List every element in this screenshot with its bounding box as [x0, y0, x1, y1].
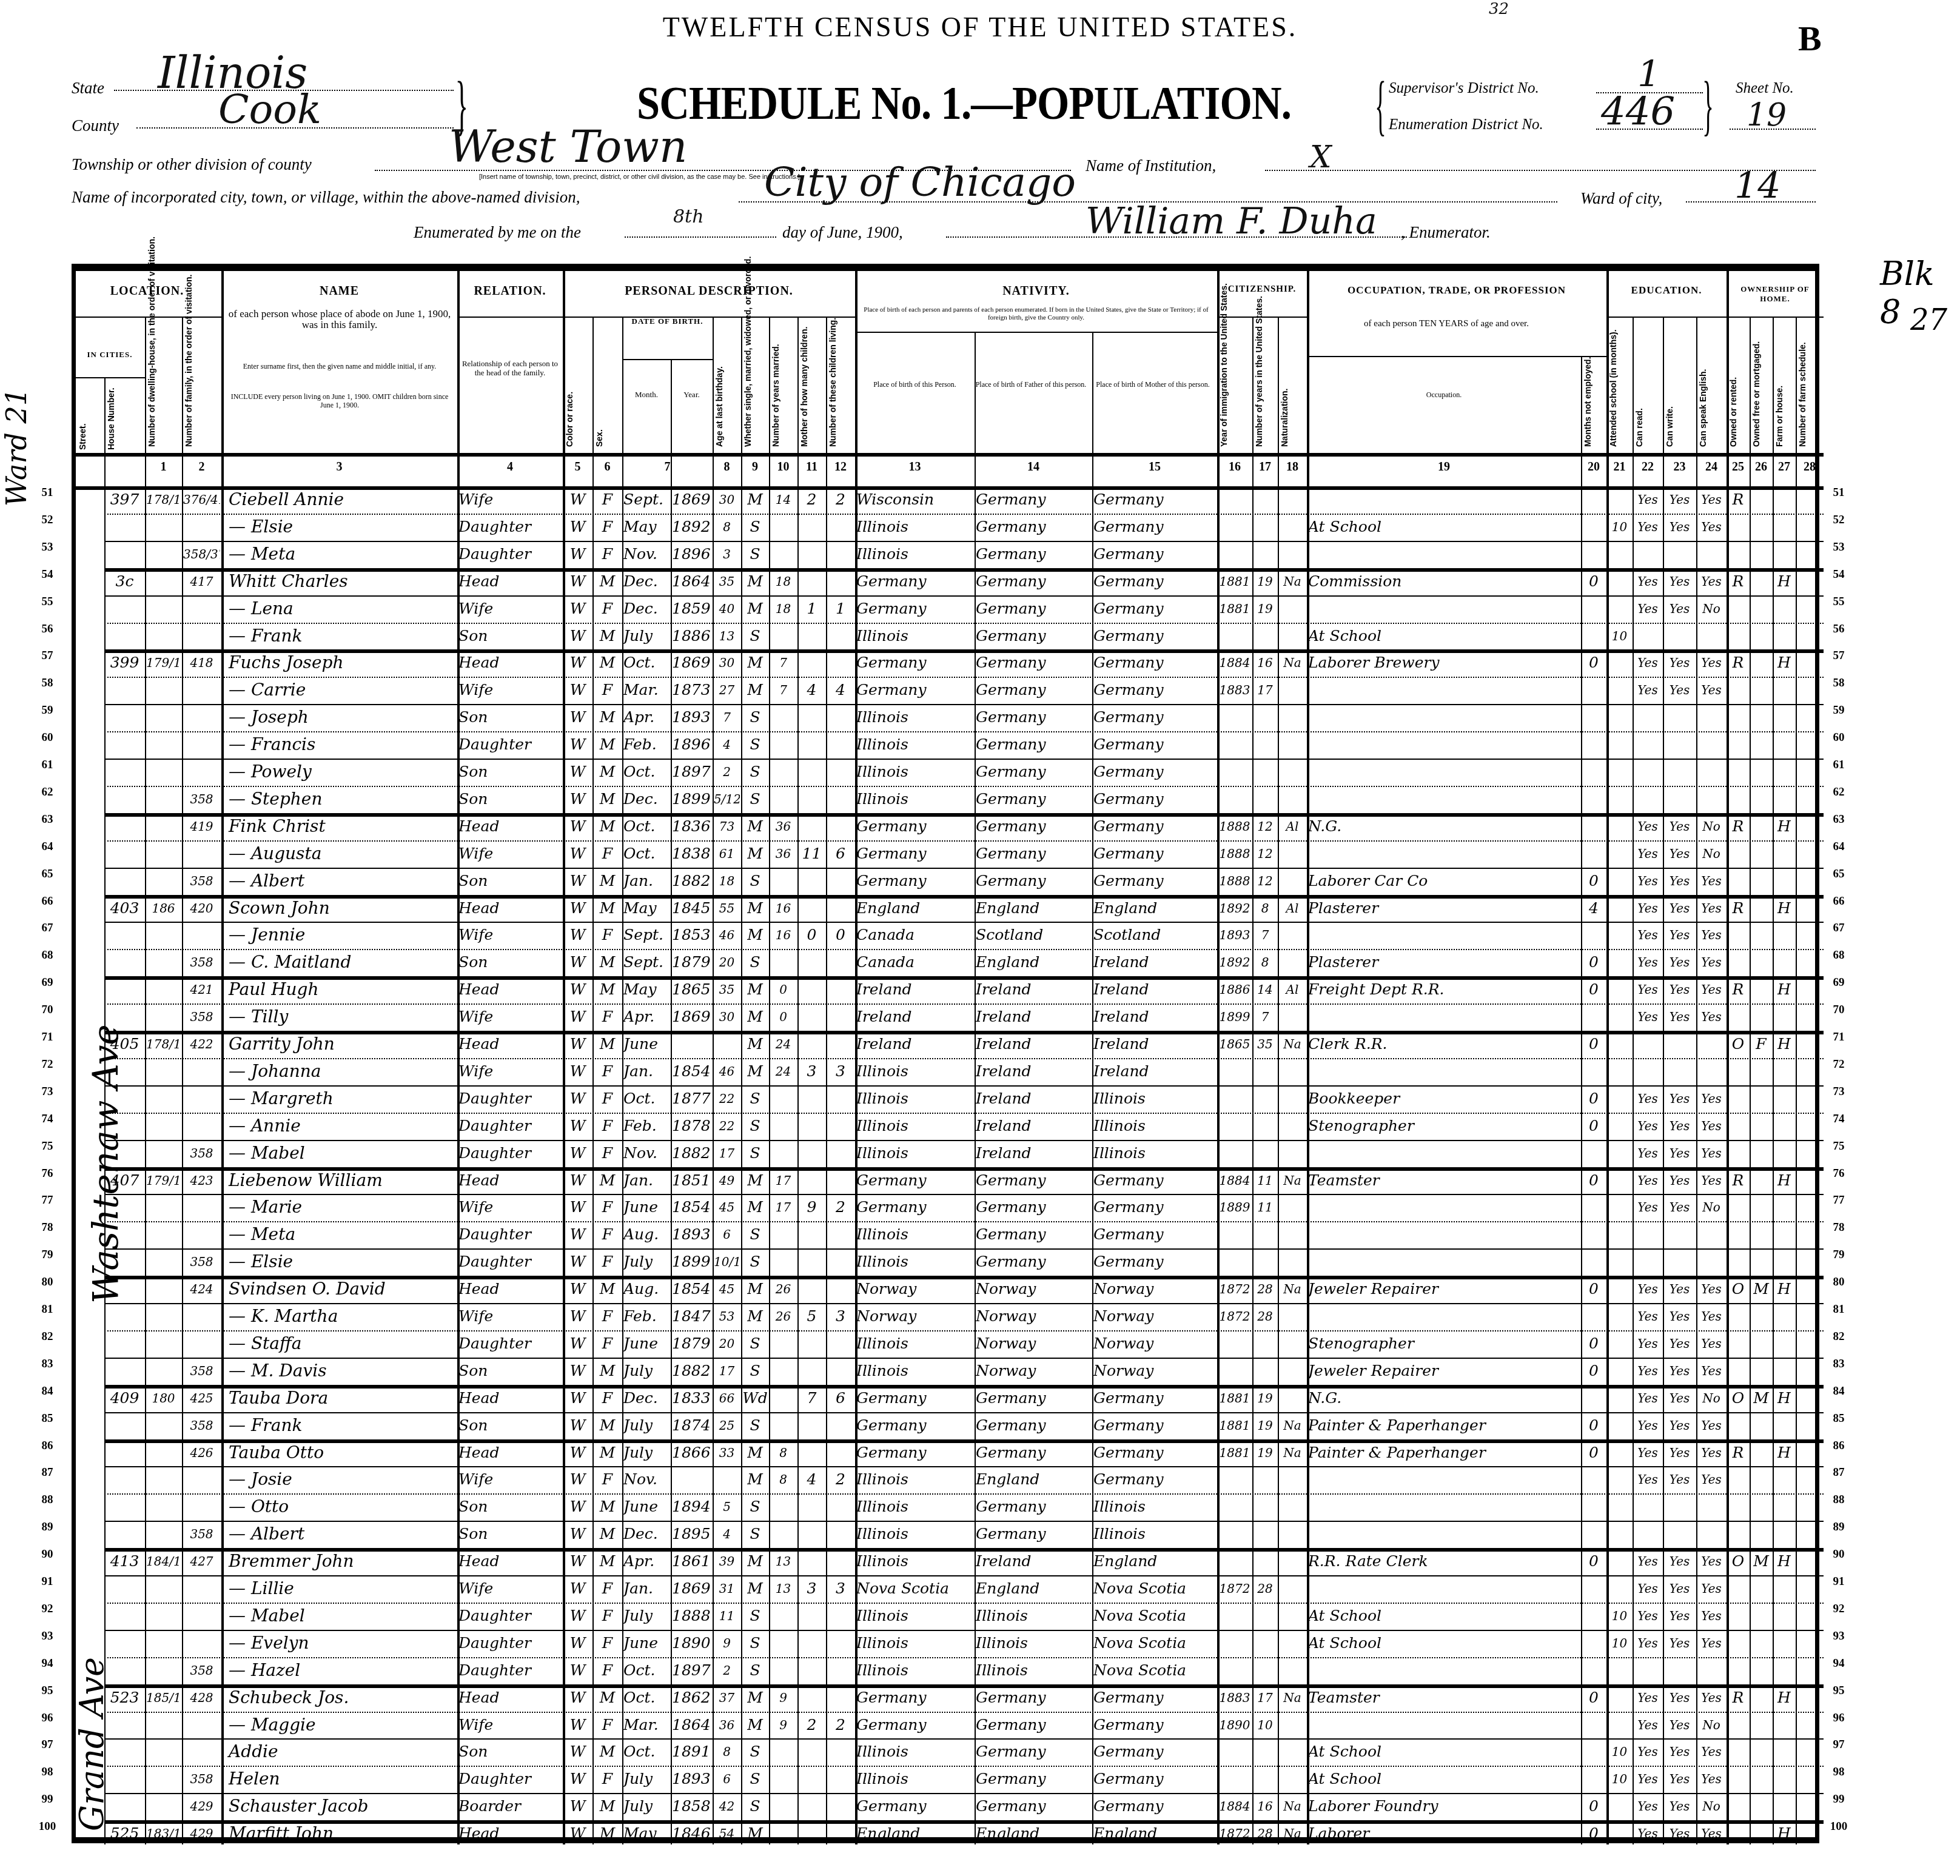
- label-house: House Number.: [107, 383, 143, 450]
- row-rule: [1606, 317, 1824, 318]
- cell-farm: [1774, 731, 1794, 759]
- cell-color: W: [564, 731, 591, 759]
- cell-color: W: [564, 1276, 591, 1303]
- cell-speak: Yes: [1697, 976, 1725, 1003]
- cell-relation: Head: [458, 1385, 562, 1412]
- cell-nat: Na: [1279, 568, 1306, 595]
- cell-speak: Yes: [1697, 1303, 1725, 1330]
- cell-year: 1896: [672, 731, 711, 759]
- cell-nat: Na: [1279, 1793, 1306, 1820]
- cell-relation: Son: [458, 623, 562, 650]
- label-family: Number of family, in the order of visita…: [184, 326, 219, 447]
- enumerated-day-underline: [625, 236, 776, 238]
- cell-school: [1608, 677, 1631, 704]
- cell-relation: Daughter: [458, 1603, 562, 1630]
- cell-father: Germany: [976, 568, 1091, 595]
- cell-living: [827, 1276, 854, 1303]
- cell-nat: [1279, 1521, 1306, 1548]
- cell-yrs-us: [1254, 1493, 1277, 1521]
- cell-free: [1751, 895, 1771, 922]
- cell-school: [1608, 568, 1631, 595]
- cell-name: Marfitt John: [223, 1820, 462, 1848]
- cell-birth: Illinois: [856, 1466, 973, 1493]
- cell-house: 409: [106, 1385, 144, 1412]
- cell-name: — Francis: [223, 731, 462, 759]
- cell-marital: S: [742, 1412, 768, 1439]
- cell-occ: [1308, 759, 1580, 786]
- cell-year: 1897: [672, 759, 711, 786]
- population-schedule-table: LOCATION. IN CITIES. NAME of each person…: [72, 264, 1819, 1843]
- cell-school: [1608, 1003, 1631, 1031]
- cell-nat: Al: [1279, 813, 1306, 840]
- cell-imm: 1892: [1218, 895, 1251, 922]
- cell-yrs-married: 7: [770, 677, 796, 704]
- cell-father: Germany: [976, 759, 1091, 786]
- cell-yrs-us: 14: [1254, 976, 1277, 1003]
- cell-write: Yes: [1664, 1412, 1695, 1439]
- cell-imm: 1883: [1218, 677, 1251, 704]
- cell-occ: [1308, 1466, 1580, 1493]
- cell-marital: M: [742, 1031, 768, 1058]
- cell-yrs-married: [770, 1493, 796, 1521]
- cell-color: W: [564, 976, 591, 1003]
- cell-house: [106, 731, 144, 759]
- cell-owned: [1728, 1085, 1748, 1113]
- cell-owned: [1728, 1358, 1748, 1385]
- cell-month: Oct.: [623, 813, 670, 840]
- cell-occ: At School: [1308, 1630, 1580, 1657]
- cell-living: [827, 1766, 854, 1793]
- cell-read: Yes: [1634, 976, 1662, 1003]
- cell-father: Germany: [976, 1412, 1091, 1439]
- cell-unemp: [1582, 1248, 1605, 1276]
- cell-write: [1664, 1221, 1695, 1248]
- cell-birth: Germany: [856, 595, 973, 623]
- cell-mother: Germany: [1093, 1221, 1216, 1248]
- cell-imm: [1218, 704, 1251, 731]
- cell-school: [1608, 1194, 1631, 1221]
- cell-birth: Canada: [856, 922, 973, 949]
- cell-free: [1751, 595, 1771, 623]
- cell-birth: Germany: [856, 813, 973, 840]
- cell-unemp: [1582, 486, 1605, 514]
- cell-living: [827, 731, 854, 759]
- cell-father: Germany: [976, 1439, 1091, 1467]
- cell-mother-of: [799, 1248, 825, 1276]
- cell-farm: H: [1774, 976, 1794, 1003]
- cell-yrs-married: [770, 541, 796, 568]
- cell-father: Ireland: [976, 1113, 1091, 1140]
- cell-family: [183, 1221, 220, 1248]
- cell-dwelling: [146, 1793, 181, 1820]
- cell-sex: F: [594, 541, 621, 568]
- cell-nat: [1279, 595, 1306, 623]
- cell-school: [1608, 1276, 1631, 1303]
- column-number-19: 19: [1307, 460, 1581, 474]
- cell-speak: No: [1697, 1712, 1725, 1739]
- cell-free: [1751, 1221, 1771, 1248]
- cell-family: [183, 1085, 220, 1113]
- cell-birth: Illinois: [856, 1657, 973, 1684]
- cell-free: [1751, 1330, 1771, 1358]
- cell-farm: [1774, 1113, 1794, 1140]
- cell-school: [1608, 595, 1631, 623]
- cell-birth: Illinois: [856, 704, 973, 731]
- cell-father: England: [976, 895, 1091, 922]
- cell-free: [1751, 1820, 1771, 1848]
- cell-living: [827, 1521, 854, 1548]
- cell-yrs-married: [770, 1113, 796, 1140]
- cell-dwelling: 180: [146, 1385, 181, 1412]
- cell-free: [1751, 1466, 1771, 1493]
- column-number-28: 28: [1796, 460, 1824, 474]
- line-number-left: 53: [35, 541, 59, 554]
- cell-house: [106, 1303, 144, 1330]
- cell-owned: O: [1728, 1385, 1748, 1412]
- cell-free: [1751, 731, 1771, 759]
- cell-mother: Ireland: [1093, 1058, 1216, 1085]
- line-number-left: 91: [35, 1575, 59, 1589]
- cell-age: 10/12: [714, 1248, 740, 1276]
- cell-name: — Staffa: [223, 1330, 462, 1358]
- cell-speak: Yes: [1697, 1412, 1725, 1439]
- label-marital: Whether single, married, widowed, or div…: [743, 326, 767, 447]
- cell-speak: [1697, 541, 1725, 568]
- cell-yrs-us: [1254, 514, 1277, 541]
- cell-nat: [1279, 1630, 1306, 1657]
- line-number-left: 75: [35, 1140, 59, 1153]
- cell-imm: [1218, 1140, 1251, 1167]
- cell-living: 3: [827, 1303, 854, 1330]
- cell-occ: [1308, 677, 1580, 704]
- cell-house: [106, 1194, 144, 1221]
- cell-color: W: [564, 949, 591, 976]
- cell-month: July: [623, 1793, 670, 1820]
- cell-year: 1882: [672, 1140, 711, 1167]
- cell-school: [1608, 1330, 1631, 1358]
- cell-write: Yes: [1664, 595, 1695, 623]
- cell-imm: [1218, 1603, 1251, 1630]
- county-label: County: [72, 116, 119, 135]
- cell-nat: [1279, 704, 1306, 731]
- cell-farm: H: [1774, 895, 1794, 922]
- cell-yrs-us: 28: [1254, 1820, 1277, 1848]
- cell-speak: [1697, 1031, 1725, 1058]
- cell-month: July: [623, 1358, 670, 1385]
- cell-birth: Norway: [856, 1276, 973, 1303]
- cell-marital: S: [742, 1221, 768, 1248]
- cell-year: 1846: [672, 1820, 711, 1848]
- cell-farm: [1774, 1630, 1794, 1657]
- cell-living: [827, 1140, 854, 1167]
- cell-unemp: 0: [1582, 1439, 1605, 1467]
- cell-yrs-married: [770, 1412, 796, 1439]
- cell-living: 2: [827, 1712, 854, 1739]
- cell-month: Jan.: [623, 1575, 670, 1603]
- header-in-cities: IN CITIES.: [76, 350, 144, 360]
- cell-relation: Head: [458, 1031, 562, 1058]
- cell-speak: Yes: [1697, 1085, 1725, 1113]
- cell-mother: Germany: [1093, 1385, 1216, 1412]
- cell-house: [106, 1221, 144, 1248]
- cell-imm: [1218, 1493, 1251, 1521]
- cell-mother: Nova Scotia: [1093, 1575, 1216, 1603]
- cell-month: Feb.: [623, 1303, 670, 1330]
- cell-mother: Germany: [1093, 813, 1216, 840]
- cell-color: W: [564, 649, 591, 677]
- cell-mother-of: [799, 1793, 825, 1820]
- institution-label: Name of Institution,: [1086, 156, 1216, 175]
- cell-father: Germany: [976, 514, 1091, 541]
- line-number-left: 56: [35, 623, 59, 636]
- cell-yrs-married: 18: [770, 595, 796, 623]
- cell-nat: Na: [1279, 1276, 1306, 1303]
- cell-write: Yes: [1664, 1630, 1695, 1657]
- cell-year: 1854: [672, 1276, 711, 1303]
- cell-unemp: [1582, 1140, 1605, 1167]
- cell-write: [1664, 1058, 1695, 1085]
- cell-farm: [1774, 1793, 1794, 1820]
- cell-name: — Meta: [223, 1221, 462, 1248]
- cell-color: W: [564, 1058, 591, 1085]
- cell-age: 31: [714, 1575, 740, 1603]
- cell-free: [1751, 949, 1771, 976]
- cell-free: [1751, 541, 1771, 568]
- cell-farm: [1774, 1358, 1794, 1385]
- cell-mother: Nova Scotia: [1093, 1630, 1216, 1657]
- cell-name: Schubeck Jos.: [223, 1684, 462, 1712]
- cell-free: [1751, 1412, 1771, 1439]
- cell-imm: [1218, 1058, 1251, 1085]
- cell-year: 1838: [672, 840, 711, 868]
- cell-marital: M: [742, 1684, 768, 1712]
- cell-year: 1893: [672, 1221, 711, 1248]
- cell-write: Yes: [1664, 1085, 1695, 1113]
- cell-name: — Albert: [223, 1521, 462, 1548]
- line-number-left: 87: [35, 1466, 59, 1479]
- cell-free: [1751, 1003, 1771, 1031]
- cell-free: [1751, 976, 1771, 1003]
- cell-mother: Illinois: [1093, 1493, 1216, 1521]
- cell-age: 30: [714, 1003, 740, 1031]
- cell-birth: Germany: [856, 1793, 973, 1820]
- cell-sex: M: [594, 949, 621, 976]
- line-number-right: 66: [1827, 895, 1851, 908]
- column-number-6: 6: [592, 460, 622, 474]
- cell-dwelling: [146, 1766, 181, 1793]
- cell-nat: [1279, 1358, 1306, 1385]
- cell-nat: Na: [1279, 1439, 1306, 1467]
- cell-nat: [1279, 868, 1306, 895]
- cell-dwelling: 185/191: [146, 1684, 181, 1712]
- cell-farm: H: [1774, 1684, 1794, 1712]
- cell-house: [106, 976, 144, 1003]
- cell-birth: Illinois: [856, 1248, 973, 1276]
- cell-marital: S: [742, 1493, 768, 1521]
- cell-school: [1608, 731, 1631, 759]
- cell-dwelling: [146, 1603, 181, 1630]
- cell-age: 5/12: [714, 786, 740, 813]
- cell-name: — Johanna: [223, 1058, 462, 1085]
- cell-free: M: [1751, 1385, 1771, 1412]
- cell-father: Illinois: [976, 1657, 1091, 1684]
- cell-year: 1879: [672, 1330, 711, 1358]
- cell-color: W: [564, 1712, 591, 1739]
- cell-yrs-us: [1254, 1657, 1277, 1684]
- cell-yrs-married: [770, 1248, 796, 1276]
- cell-father: Germany: [976, 1793, 1091, 1820]
- enumeration-value: 446: [1601, 90, 1675, 135]
- cell-living: [827, 895, 854, 922]
- cell-dwelling: [146, 704, 181, 731]
- line-number-right: 55: [1827, 595, 1851, 609]
- cell-farm: [1774, 1003, 1794, 1031]
- cell-father: Germany: [976, 868, 1091, 895]
- cell-house: [106, 868, 144, 895]
- line-number-right: 65: [1827, 868, 1851, 881]
- line-number-right: 94: [1827, 1657, 1851, 1670]
- cell-occ: R.R. Rate Clerk: [1308, 1548, 1580, 1575]
- cell-speak: No: [1697, 840, 1725, 868]
- cell-name: Svindsen O. David: [223, 1276, 462, 1303]
- cell-marital: M: [742, 486, 768, 514]
- cell-living: [827, 1603, 854, 1630]
- cell-age: 5: [714, 1493, 740, 1521]
- cell-family: [183, 1466, 220, 1493]
- header-citizenship: CITIZENSHIP.: [1217, 284, 1307, 295]
- cell-mother: Germany: [1093, 1412, 1216, 1439]
- cell-occ: [1308, 1575, 1580, 1603]
- cell-birth: Germany: [856, 1439, 973, 1467]
- cell-free: [1751, 813, 1771, 840]
- cell-father: Norway: [976, 1330, 1091, 1358]
- cell-mother-of: [799, 1684, 825, 1712]
- cell-birth: Nova Scotia: [856, 1575, 973, 1603]
- cell-father: England: [976, 1575, 1091, 1603]
- cell-age: 35: [714, 976, 740, 1003]
- cell-read: Yes: [1634, 1194, 1662, 1221]
- cell-relation: Wife: [458, 840, 562, 868]
- cell-owned: [1728, 759, 1748, 786]
- cell-name: — Albert: [223, 868, 462, 895]
- cell-speak: [1697, 1657, 1725, 1684]
- cell-house: [106, 704, 144, 731]
- cell-farm: [1774, 1330, 1794, 1358]
- cell-color: W: [564, 1330, 591, 1358]
- cell-relation: Head: [458, 568, 562, 595]
- cell-speak: Yes: [1697, 1358, 1725, 1385]
- cell-mother-of: [799, 649, 825, 677]
- cell-unemp: [1582, 1521, 1605, 1548]
- cell-dwelling: [146, 568, 181, 595]
- cell-relation: Wife: [458, 486, 562, 514]
- cell-house: 405: [106, 1031, 144, 1058]
- line-number-right: 86: [1827, 1439, 1851, 1453]
- cell-school: [1608, 1248, 1631, 1276]
- cell-year: 1845: [672, 895, 711, 922]
- cell-nat: [1279, 731, 1306, 759]
- cell-dwelling: [146, 922, 181, 949]
- cell-age: 30: [714, 649, 740, 677]
- cell-read: Yes: [1634, 1113, 1662, 1140]
- column-number-1: 1: [145, 460, 182, 474]
- cell-sex: M: [594, 1412, 621, 1439]
- cell-age: 6: [714, 1766, 740, 1793]
- cell-unemp: 0: [1582, 1684, 1605, 1712]
- cell-speak: Yes: [1697, 1276, 1725, 1303]
- cell-father: Ireland: [976, 1085, 1091, 1113]
- cell-yrs-married: 24: [770, 1058, 796, 1085]
- cell-write: Yes: [1664, 514, 1695, 541]
- cell-read: Yes: [1634, 895, 1662, 922]
- cell-marital: M: [742, 677, 768, 704]
- cell-month: Sept.: [623, 949, 670, 976]
- cell-mother-of: [799, 704, 825, 731]
- header-ownership: OWNERSHIP OF HOME.: [1727, 284, 1824, 304]
- cell-mother-of: 3: [799, 1575, 825, 1603]
- cell-nat: Na: [1279, 1820, 1306, 1848]
- cell-yrs-married: 18: [770, 568, 796, 595]
- cell-unemp: 0: [1582, 1330, 1605, 1358]
- cell-sex: F: [594, 1630, 621, 1657]
- city-label: Name of incorporated city, town, or vill…: [72, 188, 580, 207]
- cell-color: W: [564, 1085, 591, 1113]
- cell-unemp: [1582, 1738, 1605, 1766]
- cell-school: [1608, 1412, 1631, 1439]
- cell-age: 66: [714, 1385, 740, 1412]
- line-number-left: 65: [35, 868, 59, 881]
- cell-sex: F: [594, 677, 621, 704]
- cell-school: [1608, 1521, 1631, 1548]
- cell-imm: [1218, 623, 1251, 650]
- cell-name: Fuchs Joseph: [223, 649, 462, 677]
- cell-speak: [1697, 1248, 1725, 1276]
- cell-yrs-us: 8: [1254, 949, 1277, 976]
- cell-birth: Germany: [856, 568, 973, 595]
- cell-school: [1608, 1712, 1631, 1739]
- cell-dwelling: [146, 1439, 181, 1467]
- cell-living: [827, 1738, 854, 1766]
- cell-age: [714, 1466, 740, 1493]
- cell-name: — Augusta: [223, 840, 462, 868]
- cell-read: Yes: [1634, 486, 1662, 514]
- cell-father: Scotland: [976, 922, 1091, 949]
- cell-sex: M: [594, 895, 621, 922]
- cell-mother: Germany: [1093, 1684, 1216, 1712]
- line-number-left: 84: [35, 1385, 59, 1398]
- cell-relation: Son: [458, 868, 562, 895]
- line-number-right: 58: [1827, 677, 1851, 690]
- cell-month: May: [623, 514, 670, 541]
- cell-farm: [1774, 949, 1794, 976]
- cell-free: [1751, 1493, 1771, 1521]
- cell-occ: N.G.: [1308, 1385, 1580, 1412]
- cell-free: [1751, 1113, 1771, 1140]
- cell-sex: F: [594, 1330, 621, 1358]
- cell-year: 1864: [672, 568, 711, 595]
- cell-occ: Stenographer: [1308, 1113, 1580, 1140]
- cell-father: Germany: [976, 541, 1091, 568]
- cell-farm: [1774, 1712, 1794, 1739]
- cell-marital: S: [742, 1603, 768, 1630]
- cell-month: Oct.: [623, 649, 670, 677]
- cell-write: Yes: [1664, 677, 1695, 704]
- cell-farm: [1774, 1085, 1794, 1113]
- cell-family: 358: [183, 786, 220, 813]
- cell-school: 10: [1608, 1766, 1631, 1793]
- cell-unemp: 0: [1582, 976, 1605, 1003]
- cell-dwelling: [146, 1303, 181, 1330]
